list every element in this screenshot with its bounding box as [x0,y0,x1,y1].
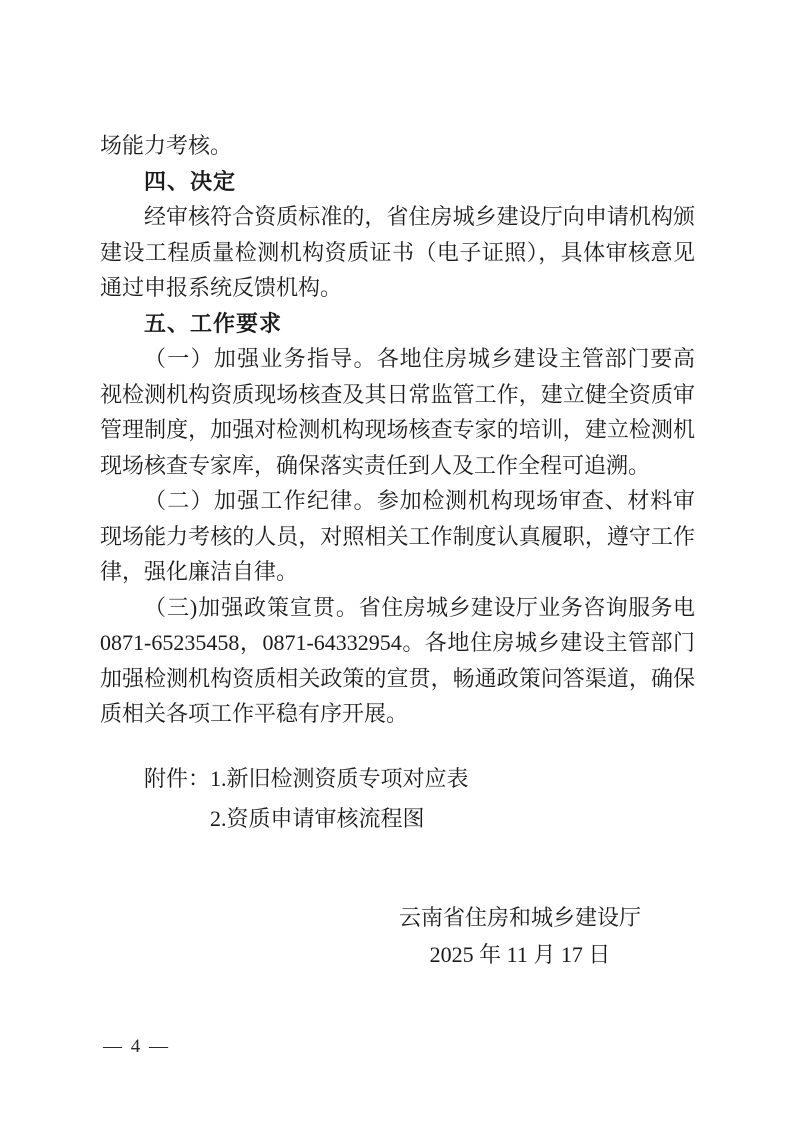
text-line: 0871-65235458，0871-64332954。各地住房城乡建设主管部门… [100,625,695,661]
attachments: 附件：1.新旧检测资质专项对应表 2.资质申请审核流程图 [100,759,695,839]
text-line: （一）加强业务指导。各地住房城乡建设主管部门要高度重 [100,341,695,377]
text-line: 视检测机构资质现场核查及其日常监管工作，建立健全资质审批 [100,377,695,413]
text-line: 质相关各项工作平稳有序开展。 [100,696,695,732]
text-line: 管理制度，加强对检测机构现场核查专家的培训，建立检测机构 [100,412,695,448]
body-text: 场能力考核。 四、决定 经审核符合资质标准的，省住房城乡建设厅向申请机构颁发 建… [100,128,695,973]
signature: 云南省住房和城乡建设厅 2025 年 11 月 17 日 [390,899,650,973]
text-line: 场能力考核。 [100,128,695,164]
item-lead-3: （三)加强政策宣贯。 [144,595,359,620]
text-line: 建设工程质量检测机构资质证书（电子证照），具体审核意见将 [100,235,695,271]
section-heading-5: 五、工作要求 [100,306,695,342]
item-lead-1: （一）加强业务指导。 [144,346,377,371]
text-line: 现场核查专家库，确保落实责任到人及工作全程可追溯。 [100,448,695,484]
text-line: （三)加强政策宣贯。省住房城乡建设厅业务咨询服务电话： [100,590,695,626]
attachment-item: 2.资质申请审核流程图 [100,799,695,839]
attachment-item-text: 1.新旧检测资质专项对应表 [210,766,469,791]
signature-org: 云南省住房和城乡建设厅 [390,899,650,936]
text-line: 通过申报系统反馈机构。 [100,270,695,306]
signature-date: 2025 年 11 月 17 日 [390,936,650,973]
section-heading-4: 四、决定 [100,164,695,200]
item-lead-2: （二）加强工作纪律。 [144,488,377,513]
text-line: （二）加强工作纪律。参加检测机构现场审查、材料审查、 [100,483,695,519]
text-line: 经审核符合资质标准的，省住房城乡建设厅向申请机构颁发 [100,199,695,235]
text-line: 现场能力考核的人员，对照相关工作制度认真履职，遵守工作纪 [100,519,695,555]
document-page: 场能力考核。 四、决定 经审核符合资质标准的，省住房城乡建设厅向申请机构颁发 建… [0,0,793,1122]
text-line: 加强检测机构资质相关政策的宣贯，畅通政策问答渠道，确保资 [100,661,695,697]
text-line: 律，强化廉洁自律。 [100,554,695,590]
page-number: — 4 — [103,1036,170,1058]
attachment-item: 附件：1.新旧检测资质专项对应表 [100,759,695,799]
attachment-label: 附件： [144,766,210,791]
